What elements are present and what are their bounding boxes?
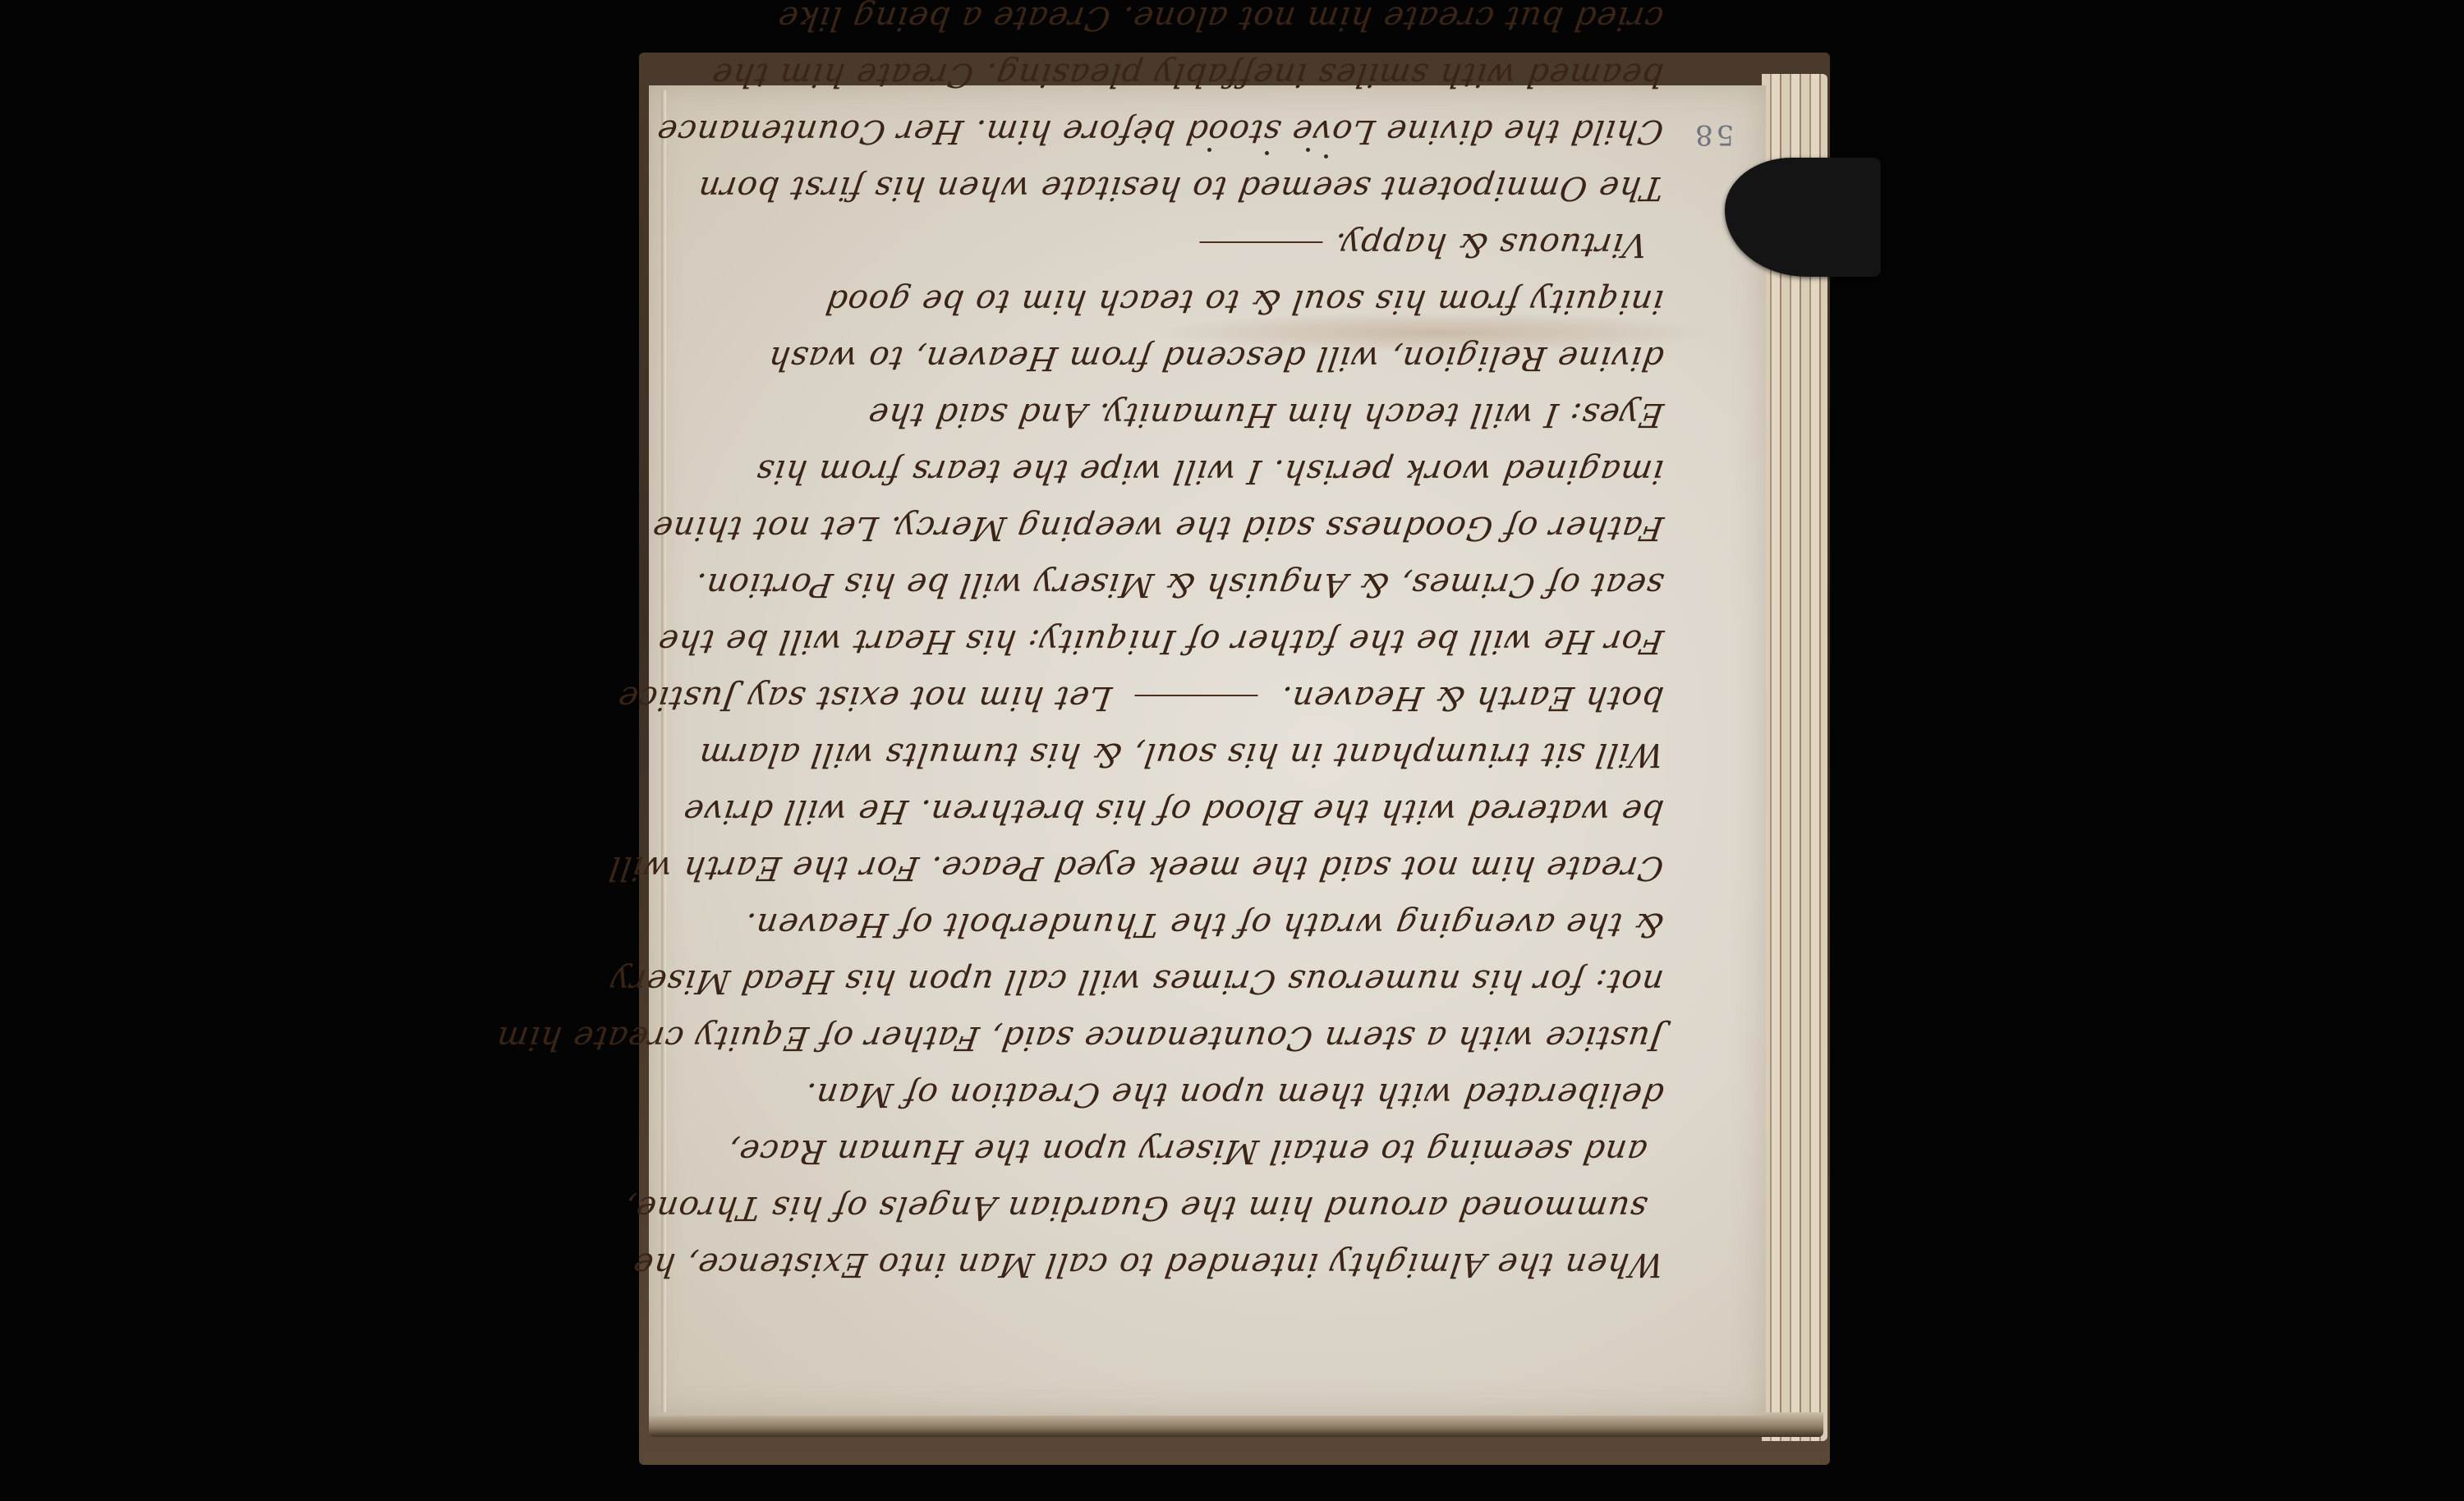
manuscript-line: both Earth & Heaven. Let him not exist s… xyxy=(723,669,1667,726)
manuscript-line: Will sit triumphant in his soul, & his t… xyxy=(723,726,1667,783)
dash-rule xyxy=(1134,695,1257,696)
manuscript-text: When the Almighty intended to call Man i… xyxy=(731,0,1667,1292)
manuscript-line: and seeming to entail Misery upon the Hu… xyxy=(723,1122,1667,1179)
manuscript-line: seat of Crimes, & Anguish & Misery will … xyxy=(723,556,1667,613)
manuscript-line: not: for his numerous Crimes will call u… xyxy=(723,952,1667,1009)
manuscript-line: cried but create him not alone. Create a… xyxy=(723,0,1667,46)
manuscript-line: Father of Goodness said the weeping Merc… xyxy=(723,499,1667,556)
manuscript-line: Eyes: I will teach him Humanity. And sai… xyxy=(723,386,1667,443)
line-text: both Earth & Heaven. xyxy=(1277,679,1666,717)
page-bottom-edge xyxy=(649,1412,1823,1437)
manuscript-line: imagined work perish. I will wipe the te… xyxy=(723,443,1667,499)
manuscript-line: beamed with smiles ineffably pleasing. C… xyxy=(723,46,1667,103)
manuscript-line: Child the divine Love stood before him. … xyxy=(723,103,1667,159)
line-text: Let him not exist say Justice xyxy=(615,679,1115,717)
manuscript-line: When the Almighty intended to call Man i… xyxy=(723,1236,1667,1292)
manuscript-line: deliberated with them upon the Creation … xyxy=(723,1066,1667,1122)
folio-number: 58 xyxy=(1692,118,1734,151)
manuscript-line: summoned around him the Guardian Angels … xyxy=(723,1179,1667,1236)
manuscript-line: be watered with the Blood of his brethre… xyxy=(723,783,1667,839)
manuscript-line: Virtuous & happy. xyxy=(723,216,1667,273)
manuscript-line: & the avenging wrath of the Thunderbolt … xyxy=(723,896,1667,952)
manuscript-line: For He will be the father of Iniquity: h… xyxy=(723,613,1667,669)
manuscript-line: Create him not said the meek eyed Peace.… xyxy=(723,839,1667,896)
manuscript-line: The Omnipotent seemed to hesitate when h… xyxy=(723,159,1667,216)
rotated-manuscript: 58 When the Almighty intended to call Ma… xyxy=(649,85,1766,1416)
page-edges xyxy=(1762,74,1827,1441)
manuscript-line: divine Religion, will descend from Heave… xyxy=(723,329,1667,386)
manuscript-line: iniquity from his soul & to teach him to… xyxy=(723,273,1667,329)
photo-stage: 58 When the Almighty intended to call Ma… xyxy=(0,0,2464,1501)
manuscript-line: Justice with a stern Countenance said, F… xyxy=(723,1009,1667,1066)
